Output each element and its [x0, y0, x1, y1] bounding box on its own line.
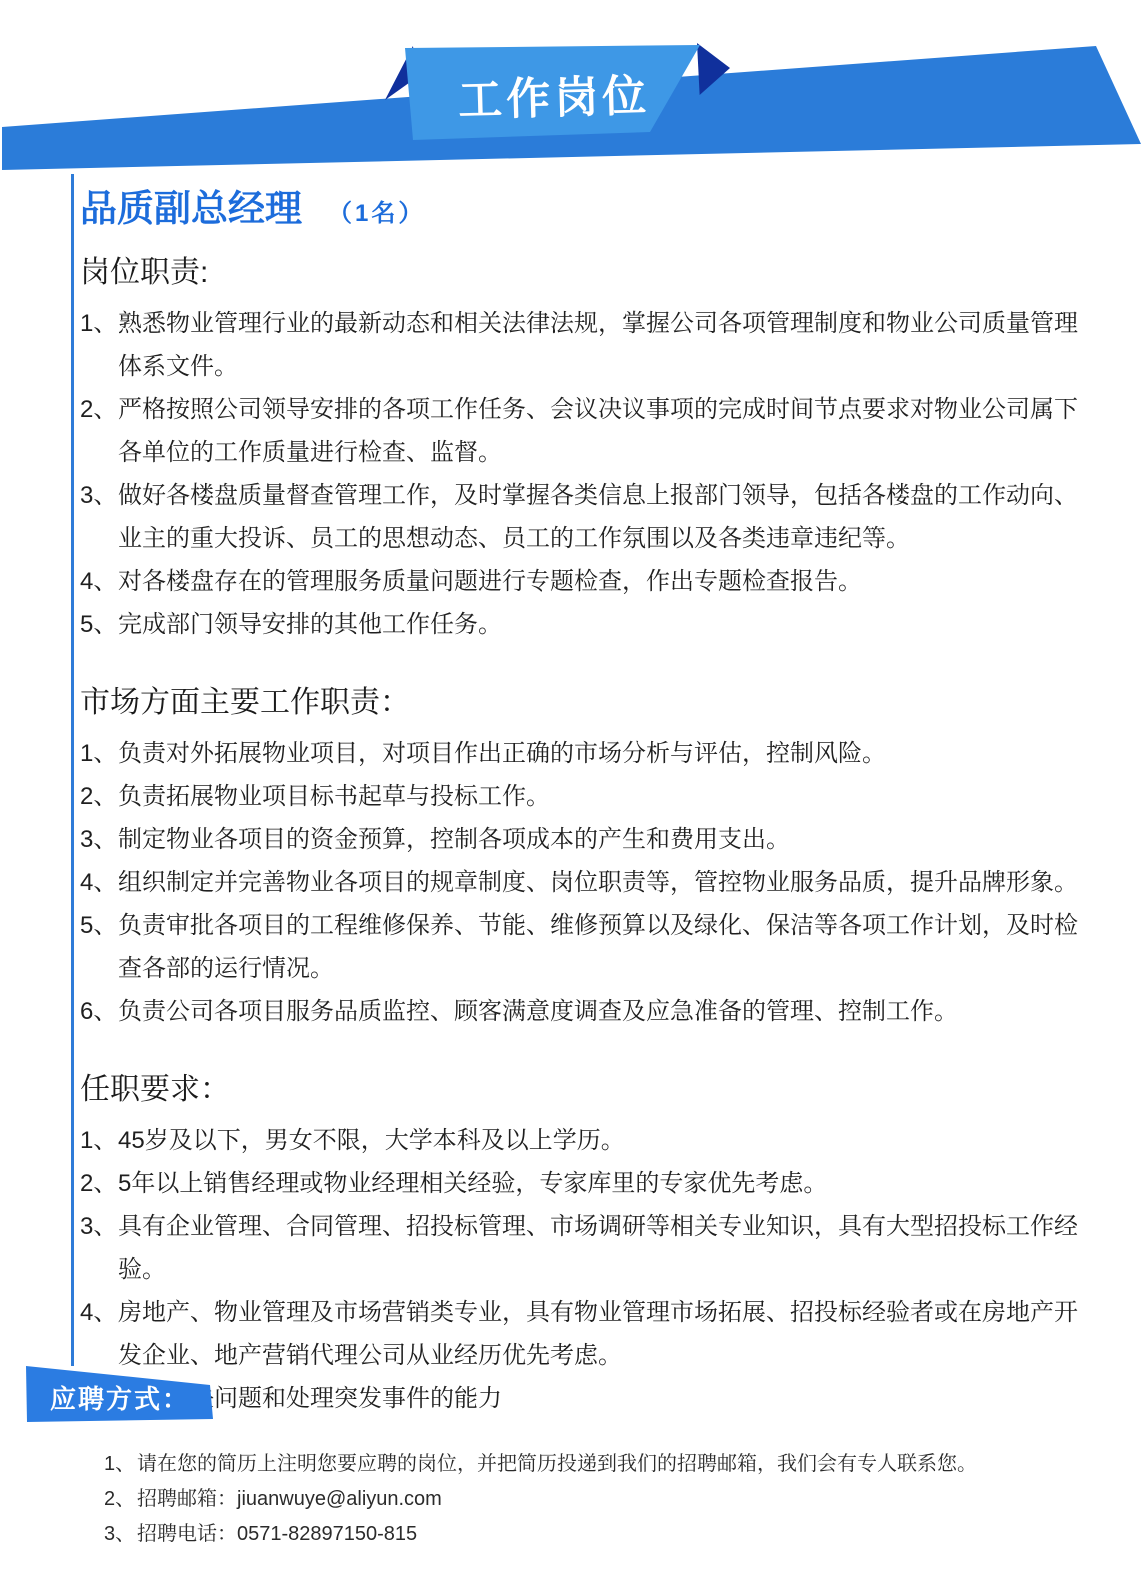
section-heading-requirements: 任职要求：: [80, 1069, 1128, 1111]
section-heading-duties: 岗位职责:: [80, 252, 1128, 294]
recruit-phone: 招聘电话：0571-82897150-815: [137, 1517, 417, 1552]
list-item: 1、 请在您的简历上注明您要应聘的岗位，并把简历投递到我们的招聘邮箱，我们会有专…: [104, 1447, 1104, 1482]
job-posting: 品质副总经理 （1名） 岗位职责: 1、 熟悉物业管理行业的最新动态和相关法律法…: [80, 185, 1128, 1420]
job-title-row: 品质副总经理 （1名）: [80, 185, 1128, 238]
list-item: 3、 招聘电话：0571-82897150-815: [104, 1517, 1104, 1552]
item-number: 4、: [80, 1291, 118, 1377]
item-number: 2、: [104, 1482, 137, 1517]
list-item: 2、 招聘邮箱：jiuanwuye@aliyun.com: [104, 1482, 1104, 1517]
item-number: 2、: [80, 388, 118, 474]
market-duties-list: 1、 负责对外拓展物业项目，对项目作出正确的市场分析与评估，控制风险。 2、 负…: [80, 732, 1128, 1033]
list-item: 4、 对各楼盘存在的管理服务质量问题进行专题检查，作出专题检查报告。: [80, 560, 1128, 603]
item-number: 3、: [80, 1205, 118, 1291]
list-item: 2、 严格按照公司领导安排的各项工作任务、会议决议事项的完成时间节点要求对物业公…: [80, 388, 1128, 474]
item-text: 完成部门领导安排的其他工作任务。: [118, 603, 502, 646]
item-text: 具有企业管理、合同管理、招投标管理、市场调研等相关专业知识，具有大型招投标工作经…: [118, 1205, 1083, 1291]
section-heading-market-duties: 市场方面主要工作职责：: [80, 682, 1128, 724]
job-title: 品质副总经理: [80, 185, 302, 233]
list-item: 5、 完成部门领导安排的其他工作任务。: [80, 603, 1128, 646]
job-headcount: （1名）: [328, 190, 425, 238]
item-number: 6、: [80, 990, 118, 1033]
item-text: 45岁及以下，男女不限，大学本科及以上学历。: [118, 1119, 625, 1162]
list-item: 5、 负责审批各项目的工程维修保养、节能、维修预算以及绿化、保洁等各项工作计划，…: [80, 904, 1128, 990]
recruit-email: 招聘邮箱：jiuanwuye@aliyun.com: [137, 1482, 442, 1517]
item-number: 3、: [80, 818, 118, 861]
item-text: 5年以上销售经理或物业经理相关经验，专家库里的专家优先考虑。: [118, 1162, 827, 1205]
requirements-list: 1、 45岁及以下，男女不限，大学本科及以上学历。 2、 5年以上销售经理或物业…: [80, 1119, 1128, 1420]
item-text: 请在您的简历上注明您要应聘的岗位，并把简历投递到我们的招聘邮箱，我们会有专人联系…: [137, 1447, 977, 1482]
item-number: 2、: [80, 775, 118, 818]
item-number: 3、: [104, 1517, 137, 1552]
item-text: 负责对外拓展物业项目，对项目作出正确的市场分析与评估，控制风险。: [118, 732, 886, 775]
item-number: 1、: [80, 302, 118, 388]
list-item: 2、 负责拓展物业项目标书起草与投标工作。: [80, 775, 1128, 818]
item-text: 对各楼盘存在的管理服务质量问题进行专题检查，作出专题检查报告。: [118, 560, 862, 603]
list-item: 6、 负责公司各项目服务品质监控、顾客满意度调查及应急准备的管理、控制工作。: [80, 990, 1128, 1033]
item-number: 1、: [80, 732, 118, 775]
item-number: 3、: [80, 474, 118, 560]
recruitment-poster: 工作岗位 品质副总经理 （1名） 岗位职责: 1、 熟悉物业管理行业的最新动态和…: [0, 0, 1145, 1592]
item-text: 负责公司各项目服务品质监控、顾客满意度调查及应急准备的管理、控制工作。: [118, 990, 958, 1033]
item-number: 5、: [80, 603, 118, 646]
item-number: 4、: [80, 560, 118, 603]
list-item: 1、 熟悉物业管理行业的最新动态和相关法律法规，掌握公司各项管理制度和物业公司质…: [80, 302, 1128, 388]
item-text: 做好各楼盘质量督查管理工作，及时掌握各类信息上报部门领导，包括各楼盘的工作动向、…: [118, 474, 1083, 560]
list-item: 3、 具有企业管理、合同管理、招投标管理、市场调研等相关专业知识，具有大型招投标…: [80, 1205, 1128, 1291]
item-text: 制定物业各项目的资金预算，控制各项成本的产生和费用支出。: [118, 818, 790, 861]
list-item: 4、 组织制定并完善物业各项目的规章制度、岗位职责等，管控物业服务品质，提升品牌…: [80, 861, 1128, 904]
banner-title: 工作岗位: [457, 53, 651, 128]
item-text: 熟悉物业管理行业的最新动态和相关法律法规，掌握公司各项管理制度和物业公司质量管理…: [118, 302, 1083, 388]
item-text: 负责拓展物业项目标书起草与投标工作。: [118, 775, 550, 818]
item-number: 1、: [104, 1447, 137, 1482]
apply-contact-list: 1、 请在您的简历上注明您要应聘的岗位，并把简历投递到我们的招聘邮箱，我们会有专…: [104, 1447, 1104, 1552]
item-number: 5、: [80, 904, 118, 990]
item-number: 4、: [80, 861, 118, 904]
item-text: 组织制定并完善物业各项目的规章制度、岗位职责等，管控物业服务品质，提升品牌形象。: [118, 861, 1078, 904]
item-number: 1、: [80, 1119, 118, 1162]
duties-list: 1、 熟悉物业管理行业的最新动态和相关法律法规，掌握公司各项管理制度和物业公司质…: [80, 302, 1128, 646]
list-item: 1、 负责对外拓展物业项目，对项目作出正确的市场分析与评估，控制风险。: [80, 732, 1128, 775]
list-item: 4、 房地产、物业管理及市场营销类专业，具有物业管理市场拓展、招投标经验者或在房…: [80, 1291, 1128, 1377]
item-text: 房地产、物业管理及市场营销类专业，具有物业管理市场拓展、招投标经验者或在房地产开…: [118, 1291, 1083, 1377]
item-text: 严格按照公司领导安排的各项工作任务、会议决议事项的完成时间节点要求对物业公司属下…: [118, 388, 1083, 474]
list-item: 3、 做好各楼盘质量督查管理工作，及时掌握各类信息上报部门领导，包括各楼盘的工作…: [80, 474, 1128, 560]
list-item: 5、 具有解决问题和处理突发事件的能力: [80, 1377, 1128, 1420]
item-number: 2、: [80, 1162, 118, 1205]
list-item: 1、 45岁及以下，男女不限，大学本科及以上学历。: [80, 1119, 1128, 1162]
list-item: 3、 制定物业各项目的资金预算，控制各项成本的产生和费用支出。: [80, 818, 1128, 861]
list-item: 2、 5年以上销售经理或物业经理相关经验，专家库里的专家优先考虑。: [80, 1162, 1128, 1205]
left-accent-line: [71, 174, 74, 1366]
item-text: 负责审批各项目的工程维修保养、节能、维修预算以及绿化、保洁等各项工作计划，及时检…: [118, 904, 1083, 990]
